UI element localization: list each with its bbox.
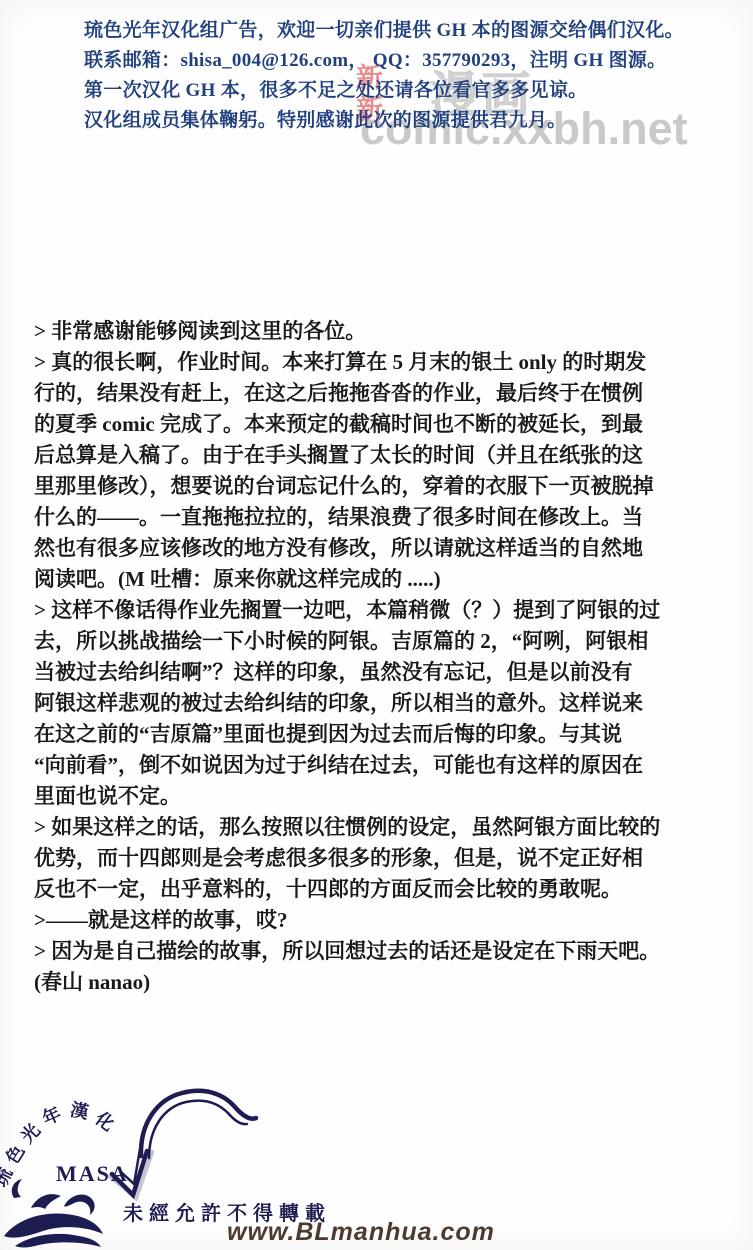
- afterword-line: 的夏季 comic 完成了。本来预定的截稿时间也不断的被延长，到最: [34, 409, 728, 440]
- blmanhua-url: www.BLmanhua.com: [227, 1218, 495, 1247]
- afterword-line: 行的，结果没有赶上，在这之后拖拖沓沓的作业，最后终于在惯例: [34, 378, 728, 409]
- wave-bird-ornament: [4, 1179, 103, 1248]
- afterword-line: 当被过去给纠结啊”？这样的印象，虽然没有忘记，但是以前没有: [34, 657, 728, 688]
- afterword-line: > 非常感谢能够阅读到这里的各位。: [34, 316, 728, 347]
- ribbon-swirl-ornament: [110, 1091, 256, 1198]
- afterword-line: “向前看”，倒不如说因为过于纠结在过去，可能也有这样的原因在: [34, 750, 728, 781]
- afterword-line: > 真的很长啊，作业时间。本来打算在 5 月末的银土 only 的时期发: [34, 347, 728, 378]
- scanlation-header: 琉色光年汉化组广告，欢迎一切亲们提供 GH 本的图源交给偶们汉化。 联系邮箱：s…: [84, 16, 724, 136]
- afterword-line: >——就是这样的故事，哎?: [34, 905, 728, 936]
- afterword-line: (春山 nanao): [34, 967, 728, 998]
- afterword-line: 然也有很多应该修改的地方没有修改，所以请就这样适当的自然地: [34, 533, 728, 564]
- afterword-line: > 如果这样之的话，那么按照以往惯例的设定，虽然阿银方面比较的: [34, 812, 728, 843]
- afterword-line: 里面也说不定。: [34, 781, 728, 812]
- afterword-line: 阿银这样悲观的被过去给纠结的印象，所以相当的意外。这样说来: [34, 688, 728, 719]
- afterword-line: 后总算是入稿了。由于在手头搁置了太长的时间（并且在纸张的这: [34, 440, 728, 471]
- header-line: 汉化组成员集体鞠躬。特别感谢此次的图源提供君九月。: [84, 106, 724, 136]
- afterword-line: 在这之前的“吉原篇”里面也提到因为过去而后悔的印象。与其说: [34, 719, 728, 750]
- header-line: 琉色光年汉化组广告，欢迎一切亲们提供 GH 本的图源交给偶们汉化。: [84, 16, 724, 46]
- afterword-line: 优势，而十四郎则是会考虑很多很多的形象，但是，说不定正好相: [34, 843, 728, 874]
- scanned-afterword-page: 新新 漫画 comic.xxbh.net 琉色光年汉化组广告，欢迎一切亲们提供 …: [0, 0, 753, 1250]
- afterword-line: 里那里修改），想要说的台词忘记什么的，穿着的衣服下一页被脱掉: [34, 471, 728, 502]
- afterword-line: > 因为是自己描绘的故事，所以回想过去的话还是设定在下雨天吧。: [34, 936, 728, 967]
- header-line: 第一次汉化 GH 本，很多不足之处还请各位看官多多见谅。: [84, 76, 724, 106]
- afterword-line: 阅读吧。(M 吐槽：原来你就这样完成的 .....): [34, 564, 728, 595]
- afterword-text-block: > 非常感谢能够阅读到这里的各位。 > 真的很长啊，作业时间。本来打算在 5 月…: [34, 316, 728, 998]
- afterword-line: > 这样不像话得作业先搁置一边吧，本篇稍微（？）提到了阿银的过: [34, 595, 728, 626]
- afterword-line: 去，所以挑战描绘一下小时候的阿银。吉原篇的 2，“阿咧，阿银相: [34, 626, 728, 657]
- header-line: 联系邮箱：shisa_004@126.com， QQ：357790293，注明 …: [84, 46, 724, 76]
- afterword-line: 什么的——。一直拖拖拉拉的，结果浪费了很多时间在修改上。当: [34, 502, 728, 533]
- afterword-line: 反也不一定，出乎意料的，十四郎的方面反而会比较的勇敢呢。: [34, 874, 728, 905]
